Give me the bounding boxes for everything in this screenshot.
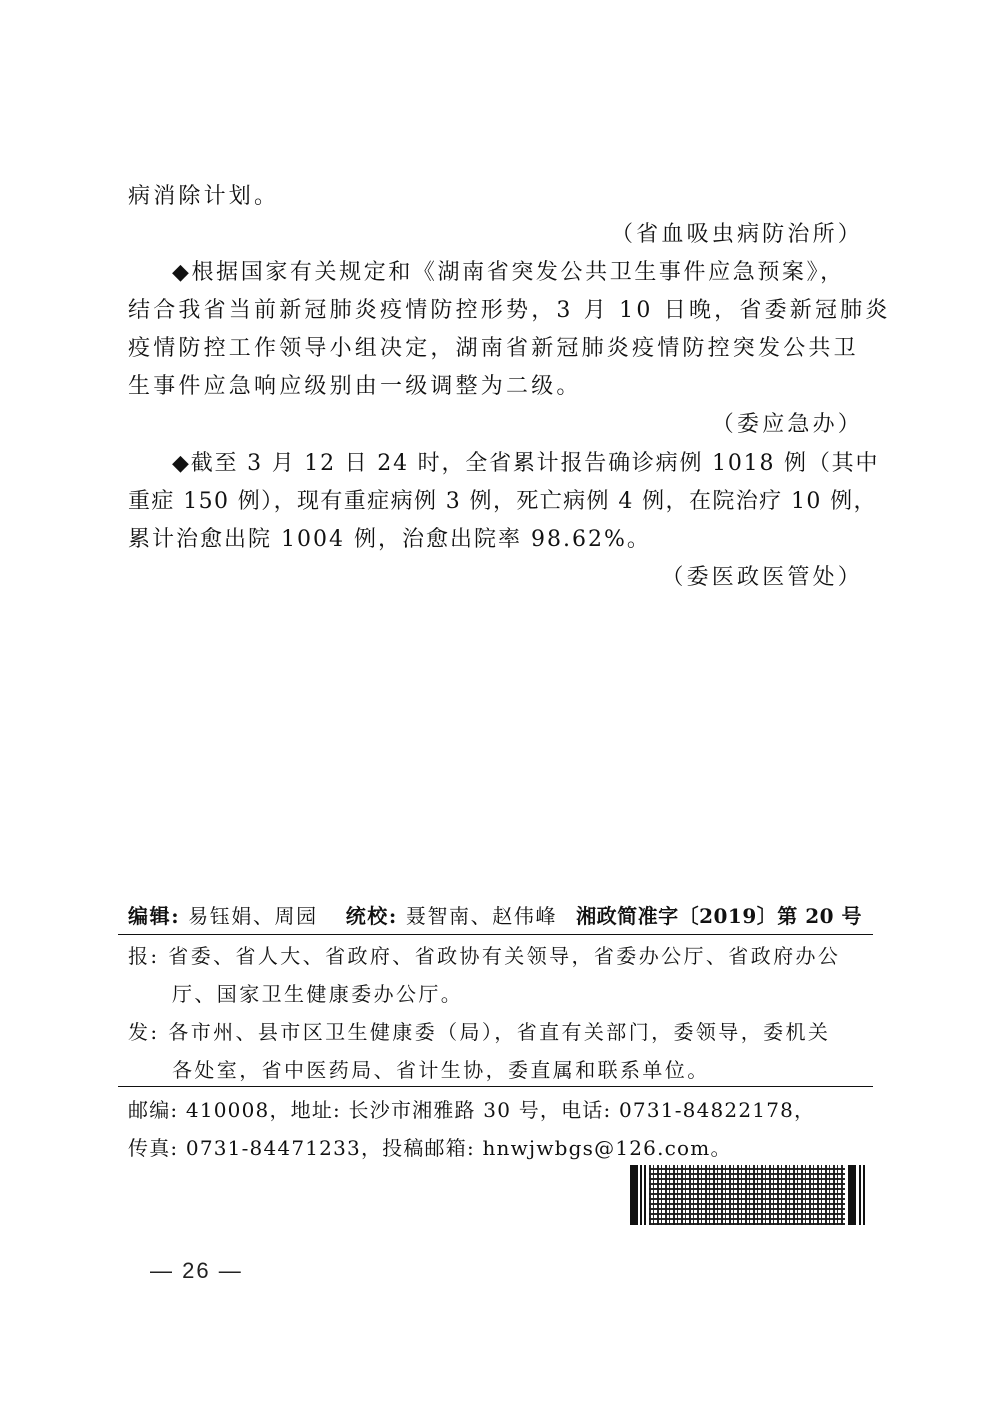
divider-top [118, 934, 873, 935]
body-line-3: ◆根据国家有关规定和《湖南省突发公共卫生事件应急预案》， [172, 258, 863, 288]
approval-number: 湘政简准字〔2019〕第 20 号 [576, 902, 862, 930]
body-line-10: 累计治愈出院 1004 例，治愈出院率 98.62%。 [128, 525, 863, 555]
distribute-to-line-1: 发: 各市州、县市区卫生健康委（局），省直有关部门，委领导，委机关 [128, 1018, 830, 1046]
body-line-9: 重症 150 例），现有重症病例 3 例，死亡病例 4 例，在院治疗 10 例， [128, 487, 863, 517]
body-line-8: ◆截至 3 月 12 日 24 时，全省累计报告确诊病例 1018 例（其中 [172, 449, 863, 479]
body-line-5: 疫情防控工作领导小组决定，湖南省新冠肺炎疫情防控突发公共卫 [128, 334, 863, 364]
body-line-6: 生事件应急响应级别由一级调整为二级。 [128, 372, 863, 402]
editor-label: 编辑: [128, 904, 180, 928]
barcode-data-matrix [649, 1165, 845, 1225]
body-line-4: 结合我省当前新冠肺炎疫情防控形势，3 月 10 日晚，省委新冠肺炎 [128, 296, 863, 326]
source-attribution-2: （委应急办） [128, 410, 863, 440]
document-page: 病消除计划。 （省血吸虫病防治所） ◆根据国家有关规定和《湖南省突发公共卫生事件… [0, 0, 992, 1403]
divider-bottom [118, 1086, 873, 1087]
body-line-1: 病消除计划。 [128, 182, 863, 212]
report-to-line-1: 报: 省委、省人大、省政府、省政协有关领导，省委办公厅、省政府办公 [128, 942, 840, 970]
editor-row: 编辑: 易钰娟、周园 统校: 聂智南、赵伟峰 [128, 902, 557, 930]
distribute-to-line-2: 各处室，省中医药局、省计生协，委直属和联系单位。 [172, 1056, 710, 1084]
proofreader-label: 统校: [346, 904, 398, 928]
report-to-line-2: 厅、国家卫生健康委办公厅。 [172, 980, 463, 1008]
source-attribution-3: （委医政医管处） [128, 563, 863, 593]
proofreader-names: 聂智南、赵伟峰 [406, 904, 557, 928]
contact-line-2: 传真: 0731-84471233，投稿邮箱: hnwjwbgs@126.com… [128, 1134, 732, 1162]
source-attribution-1: （省血吸虫病防治所） [128, 220, 863, 250]
pdf417-barcode [630, 1165, 865, 1225]
contact-line-1: 邮编: 410008，地址: 长沙市湘雅路 30 号，电话: 0731-8482… [128, 1096, 815, 1124]
page-number: — 26 — [150, 1257, 243, 1285]
editor-names: 易钰娟、周园 [188, 904, 318, 928]
